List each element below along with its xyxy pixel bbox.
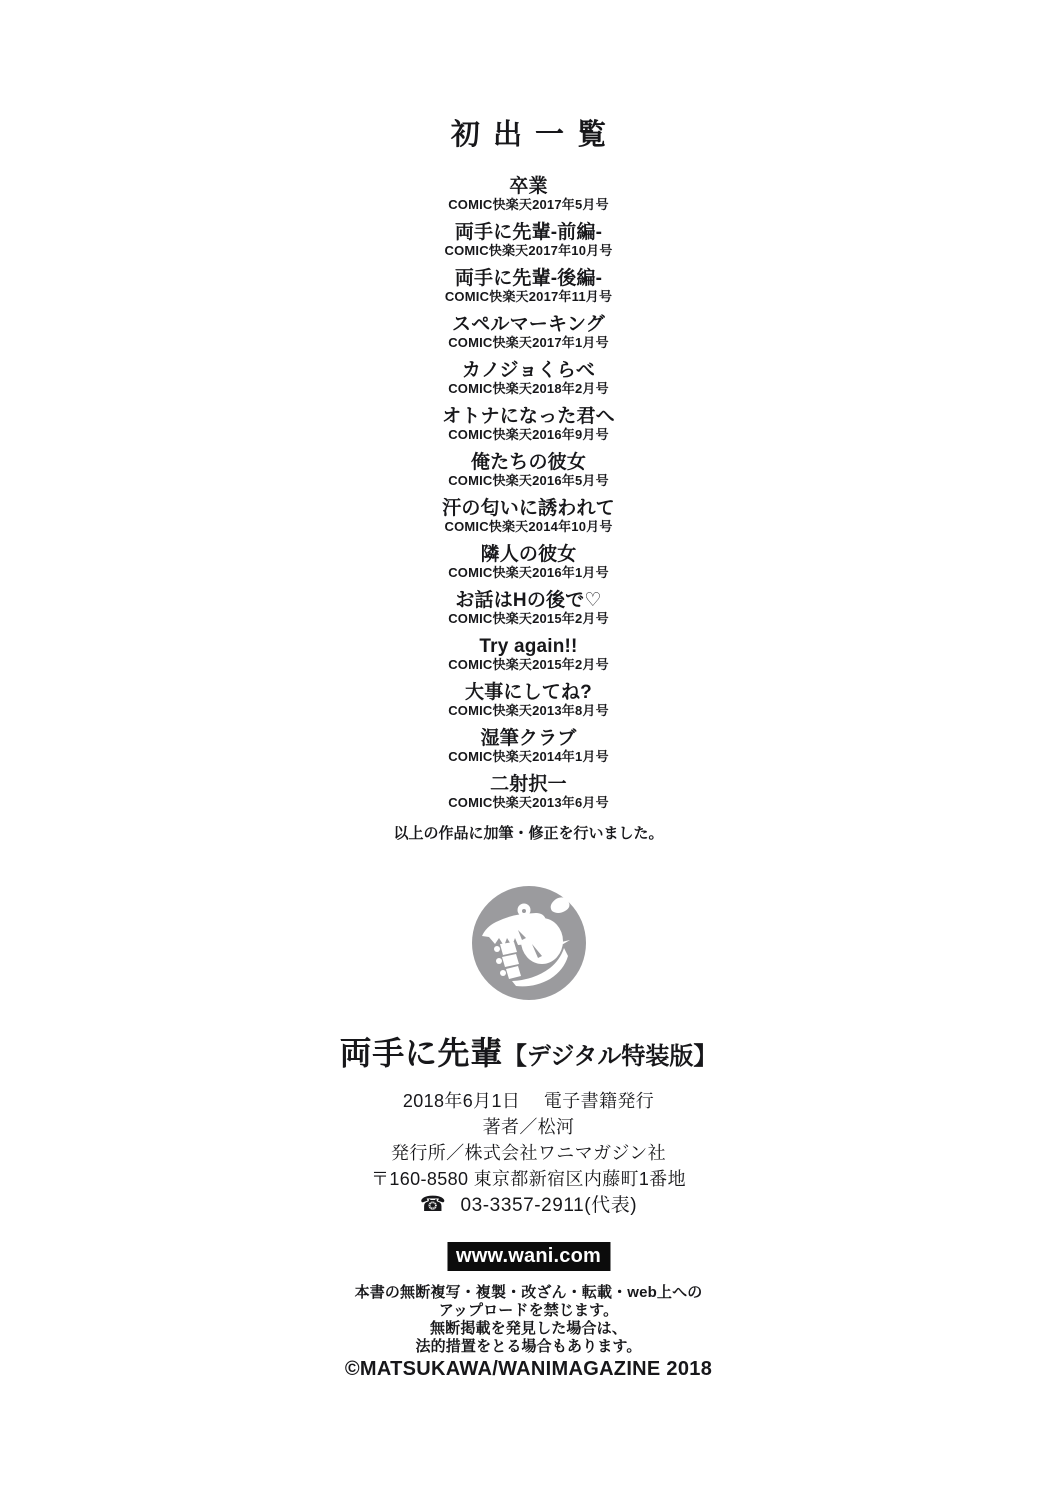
- work-entry: 卒業 COMIC快楽天2017年5月号: [0, 176, 1057, 212]
- work-source-magazine: COMIC快楽天2013年6月号: [0, 795, 1057, 810]
- work-title: 卒業: [0, 176, 1057, 197]
- publisher-line: 発行所／株式会社ワニマガジン社: [0, 1140, 1057, 1166]
- work-entry: 俺たちの彼女 COMIC快楽天2016年5月号: [0, 452, 1057, 488]
- work-title: 両手に先輩-後編-: [0, 268, 1057, 289]
- work-entry: オトナになった君へ COMIC快楽天2016年9月号: [0, 406, 1057, 442]
- work-source-magazine: COMIC快楽天2016年5月号: [0, 473, 1057, 488]
- author-line: 著者／松河: [0, 1114, 1057, 1140]
- warning-line: 無断掲載を発見した場合は、: [0, 1320, 1057, 1338]
- work-entry: カノジョくらべ COMIC快楽天2018年2月号: [0, 360, 1057, 396]
- work-entry: Try again!! COMIC快楽天2015年2月号: [0, 636, 1057, 672]
- phone-icon: ☎: [420, 1192, 447, 1218]
- work-source-magazine: COMIC快楽天2016年1月号: [0, 565, 1057, 580]
- work-title: 二射択一: [0, 774, 1057, 795]
- work-source-magazine: COMIC快楽天2015年2月号: [0, 611, 1057, 626]
- book-title: 両手に先輩: [340, 1035, 503, 1071]
- work-title: 俺たちの彼女: [0, 452, 1057, 473]
- publication-date-line: 2018年6月1日 電子書籍発行: [0, 1088, 1057, 1114]
- work-title: Try again!!: [0, 636, 1057, 657]
- work-entry: 両手に先輩-後編- COMIC快楽天2017年11月号: [0, 268, 1057, 304]
- crocodile-icon: [472, 886, 586, 1000]
- work-entry: 二射択一 COMIC快楽天2013年6月号: [0, 774, 1057, 810]
- book-title-line: 両手に先輩【デジタル特装版】: [0, 1034, 1057, 1079]
- work-title: 隣人の彼女: [0, 544, 1057, 565]
- phone-line: ☎03-3357-2911(代表): [0, 1192, 1057, 1219]
- work-title: 湿筆クラブ: [0, 728, 1057, 749]
- work-source-magazine: COMIC快楽天2017年1月号: [0, 335, 1057, 350]
- work-source-magazine: COMIC快楽天2014年10月号: [0, 519, 1057, 534]
- warning-line: 法的措置をとる場合もあります。: [0, 1338, 1057, 1356]
- work-source-magazine: COMIC快楽天2017年10月号: [0, 243, 1057, 258]
- work-entry: お話はHの後で♡ COMIC快楽天2015年2月号: [0, 590, 1057, 626]
- work-title: 両手に先輩-前編-: [0, 222, 1057, 243]
- work-entry: 両手に先輩-前編- COMIC快楽天2017年10月号: [0, 222, 1057, 258]
- warning-line: 本書の無断複写・複製・改ざん・転載・web上への: [0, 1284, 1057, 1302]
- work-entry: 湿筆クラブ COMIC快楽天2014年1月号: [0, 728, 1057, 764]
- work-title: お話はHの後で♡: [0, 590, 1057, 611]
- work-entry: スペルマーキング COMIC快楽天2017年1月号: [0, 314, 1057, 350]
- first-publication-list: 卒業 COMIC快楽天2017年5月号 両手に先輩-前編- COMIC快楽天20…: [0, 176, 1057, 820]
- work-source-magazine: COMIC快楽天2017年5月号: [0, 197, 1057, 212]
- colophon-page: 初出一覧 卒業 COMIC快楽天2017年5月号 両手に先輩-前編- COMIC…: [0, 0, 1057, 1500]
- work-entry: 隣人の彼女 COMIC快楽天2016年1月号: [0, 544, 1057, 580]
- publication-info: 2018年6月1日 電子書籍発行 著者／松河 発行所／株式会社ワニマガジン社 〒…: [0, 1088, 1057, 1219]
- copyright-warning: 本書の無断複写・複製・改ざん・転載・web上への アップロードを禁じます。 無断…: [0, 1284, 1057, 1356]
- work-source-magazine: COMIC快楽天2013年8月号: [0, 703, 1057, 718]
- work-title: スペルマーキング: [0, 314, 1057, 335]
- work-source-magazine: COMIC快楽天2014年1月号: [0, 749, 1057, 764]
- website-banner: www.wani.com: [447, 1242, 610, 1271]
- copyright-notice: ©MATSUKAWA/WANIMAGAZINE 2018: [0, 1358, 1057, 1381]
- address-line: 〒160-8580 東京都新宿区内藤町1番地: [0, 1166, 1057, 1192]
- revision-note: 以上の作品に加筆・修正を行いました。: [0, 822, 1057, 843]
- work-source-magazine: COMIC快楽天2018年2月号: [0, 381, 1057, 396]
- work-title: カノジョくらべ: [0, 360, 1057, 381]
- work-title: 大事にしてね?: [0, 682, 1057, 703]
- page-title: 初出一覧: [0, 112, 1057, 153]
- warning-line: アップロードを禁じます。: [0, 1302, 1057, 1320]
- phone-number: 03-3357-2911(代表): [461, 1195, 638, 1216]
- publisher-logo: [472, 886, 586, 1000]
- work-entry: 汗の匂いに誘われて COMIC快楽天2014年10月号: [0, 498, 1057, 534]
- work-entry: 大事にしてね? COMIC快楽天2013年8月号: [0, 682, 1057, 718]
- book-edition: 【デジタル特装版】: [503, 1044, 718, 1070]
- work-title: オトナになった君へ: [0, 406, 1057, 427]
- work-source-magazine: COMIC快楽天2017年11月号: [0, 289, 1057, 304]
- work-source-magazine: COMIC快楽天2015年2月号: [0, 657, 1057, 672]
- work-title: 汗の匂いに誘われて: [0, 498, 1057, 519]
- work-source-magazine: COMIC快楽天2016年9月号: [0, 427, 1057, 442]
